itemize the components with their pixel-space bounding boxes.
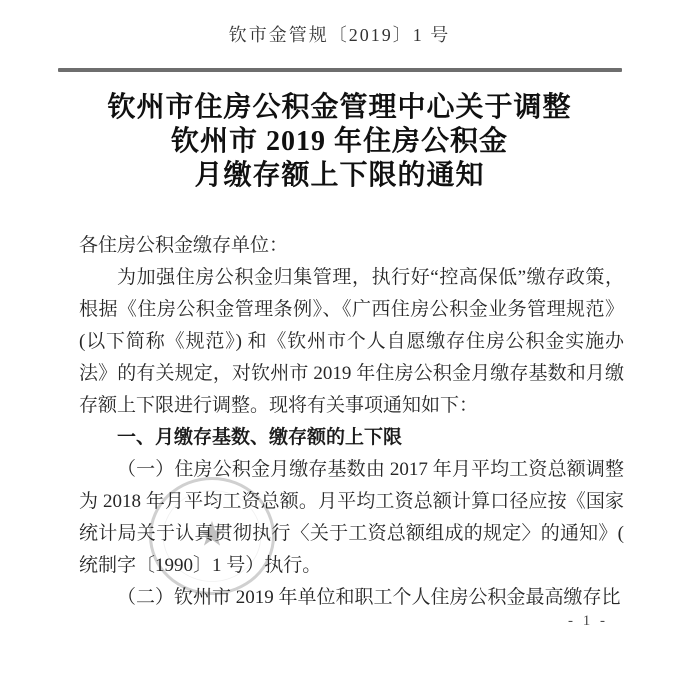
page-number: - 1 - xyxy=(548,613,628,630)
document-number: 钦市金管规〔2019〕1 号 xyxy=(0,21,679,47)
title-line-2: 钦州市 2019 年住房公积金 xyxy=(0,125,679,159)
header-divider-rule xyxy=(58,68,622,72)
document-page: 钦市金管规〔2019〕1 号 钦州市住房公积金管理中心关于调整 钦州市 2019… xyxy=(0,0,679,690)
salutation: 各住房公积金缴存单位： xyxy=(79,230,624,262)
paragraph-intro: 为加强住房公积金归集管理，执行好“控高保低”缴存政策，根据《住房公积金管理条例》… xyxy=(79,262,624,422)
paragraph-item-1: （一）住房公积金月缴存基数由 2017 年月平均工资总额调整为 2018 年月平… xyxy=(79,454,624,582)
title-line-3: 月缴存额上下限的通知 xyxy=(0,159,679,193)
paragraph-item-2: （二）钦州市 2019 年单位和职工个人住房公积金最高缴存比 xyxy=(79,582,624,614)
title-line-1: 钦州市住房公积金管理中心关于调整 xyxy=(0,91,679,125)
document-title: 钦州市住房公积金管理中心关于调整 钦州市 2019 年住房公积金 月缴存额上下限… xyxy=(0,91,679,193)
section-heading-1: 一、月缴存基数、缴存额的上下限 xyxy=(79,422,624,454)
document-body: 各住房公积金缴存单位： 为加强住房公积金归集管理，执行好“控高保低”缴存政策，根… xyxy=(79,230,624,614)
